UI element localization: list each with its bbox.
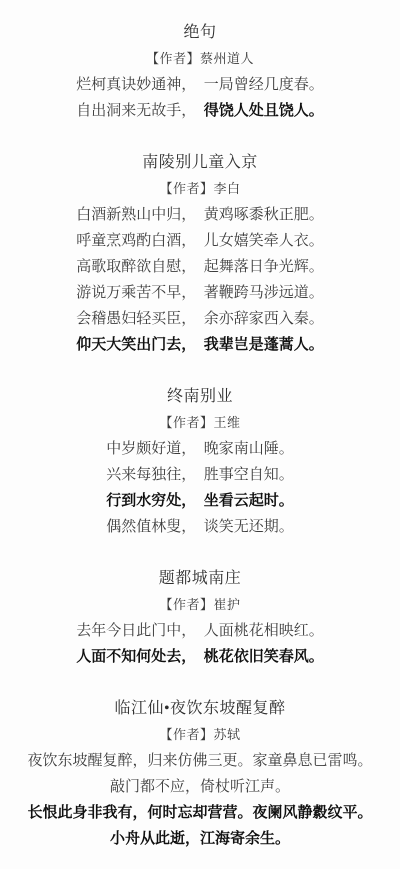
- poem-line: 高歌取醉欲自慰， 起舞落日争光辉。: [10, 254, 390, 280]
- poem-line-emphasis: 行到水穷处， 坐看云起时。: [106, 493, 294, 509]
- poem-line-emphasis: 得饶人处且饶人。: [204, 103, 324, 119]
- poem-line-text: 中岁颇好道， 晚家南山陲。: [106, 441, 294, 457]
- poem-line-emphasis: 小舟从此逝，江海寄余生。: [110, 831, 290, 847]
- poem-line: 敲门都不应，倚杖听江声。: [10, 774, 390, 800]
- poem-lines: 白酒新熟山中归， 黄鸡啄黍秋正肥。呼童烹鸡酌白酒， 儿女嬉笑牵人衣。高歌取醉欲自…: [10, 202, 390, 358]
- poem-block: 终南别业 【作者】王维 中岁颇好道， 晚家南山陲。兴来每独往， 胜事空自知。行到…: [10, 384, 390, 540]
- poem-line: 仰天大笑出门去， 我辈岂是蓬蒿人。: [10, 332, 390, 358]
- poem-lines: 烂柯真诀妙通神， 一局曾经几度春。自出洞来无故手， 得饶人处且饶人。: [10, 72, 390, 124]
- poem-author: 【作者】李白: [10, 176, 390, 202]
- poem-line-text: 游说万乘苦不早， 著鞭跨马涉远道。: [76, 285, 324, 301]
- poem-line: 中岁颇好道， 晚家南山陲。: [10, 436, 390, 462]
- poem-line-text: 呼童烹鸡酌白酒， 儿女嬉笑牵人衣。: [76, 233, 324, 249]
- poem-author: 【作者】崔护: [10, 592, 390, 618]
- poem-line: 会稽愚妇轻买臣， 余亦辞家西入秦。: [10, 306, 390, 332]
- poem-line-text: 敲门都不应，倚杖听江声。: [110, 779, 290, 795]
- poem-line: 烂柯真诀妙通神， 一局曾经几度春。: [10, 72, 390, 98]
- poem-line: 夜饮东坡醒复醉，归来仿佛三更。家童鼻息已雷鸣。: [10, 748, 390, 774]
- poem-line: 去年今日此门中， 人面桃花相映红。: [10, 618, 390, 644]
- poem-line: 白酒新熟山中归， 黄鸡啄黍秋正肥。: [10, 202, 390, 228]
- poem-line-text: 偶然值林叟， 谈笑无还期。: [106, 519, 294, 535]
- poem-line-text: 夜饮东坡醒复醉，归来仿佛三更。家童鼻息已雷鸣。: [27, 753, 372, 769]
- poem-line: 长恨此身非我有，何时忘却营营。夜阑风静縠纹平。: [10, 800, 390, 826]
- poem-page: 绝句 【作者】蔡州道人 烂柯真诀妙通神， 一局曾经几度春。自出洞来无故手， 得饶…: [0, 0, 400, 869]
- poem-line: 自出洞来无故手， 得饶人处且饶人。: [10, 98, 390, 124]
- poem-line: 游说万乘苦不早， 著鞭跨马涉远道。: [10, 280, 390, 306]
- poem-title: 题都城南庄: [10, 566, 390, 592]
- poem-line-text: 白酒新熟山中归， 黄鸡啄黍秋正肥。: [76, 207, 324, 223]
- poem-title: 绝句: [10, 20, 390, 46]
- poem-lines: 中岁颇好道， 晚家南山陲。兴来每独往， 胜事空自知。行到水穷处， 坐看云起时。偶…: [10, 436, 390, 540]
- poem-title: 临江仙•夜饮东坡醒复醉: [10, 696, 390, 722]
- poem-title: 南陵别儿童入京: [10, 150, 390, 176]
- poem-line: 行到水穷处， 坐看云起时。: [10, 488, 390, 514]
- poem-block: 临江仙•夜饮东坡醒复醉 【作者】苏轼 夜饮东坡醒复醉，归来仿佛三更。家童鼻息已雷…: [10, 696, 390, 852]
- poem-line: 人面不知何处去， 桃花依旧笑春风。: [10, 644, 390, 670]
- poem-line-emphasis: 人面不知何处去， 桃花依旧笑春风。: [76, 649, 324, 665]
- poem-author: 【作者】蔡州道人: [10, 46, 390, 72]
- poem-block: 南陵别儿童入京 【作者】李白 白酒新熟山中归， 黄鸡啄黍秋正肥。呼童烹鸡酌白酒，…: [10, 150, 390, 358]
- poem-block: 绝句 【作者】蔡州道人 烂柯真诀妙通神， 一局曾经几度春。自出洞来无故手， 得饶…: [10, 20, 390, 124]
- poem-line-text: 会稽愚妇轻买臣， 余亦辞家西入秦。: [76, 311, 324, 327]
- poem-line: 兴来每独往， 胜事空自知。: [10, 462, 390, 488]
- poem-line: 小舟从此逝，江海寄余生。: [10, 826, 390, 852]
- poem-line-emphasis: 仰天大笑出门去， 我辈岂是蓬蒿人。: [76, 337, 324, 353]
- poem-author: 【作者】苏轼: [10, 722, 390, 748]
- poem-block: 题都城南庄 【作者】崔护 去年今日此门中， 人面桃花相映红。人面不知何处去， 桃…: [10, 566, 390, 670]
- poem-author: 【作者】王维: [10, 410, 390, 436]
- poem-line: 偶然值林叟， 谈笑无还期。: [10, 514, 390, 540]
- poem-line-text: 高歌取醉欲自慰， 起舞落日争光辉。: [76, 259, 324, 275]
- poem-lines: 夜饮东坡醒复醉，归来仿佛三更。家童鼻息已雷鸣。敲门都不应，倚杖听江声。长恨此身非…: [10, 748, 390, 852]
- poem-line-text: 去年今日此门中， 人面桃花相映红。: [76, 623, 324, 639]
- poem-lines: 去年今日此门中， 人面桃花相映红。人面不知何处去， 桃花依旧笑春风。: [10, 618, 390, 670]
- poem-line: 呼童烹鸡酌白酒， 儿女嬉笑牵人衣。: [10, 228, 390, 254]
- poem-line-text: 烂柯真诀妙通神， 一局曾经几度春。: [76, 77, 324, 93]
- poem-line-text: 自出洞来无故手，: [76, 103, 204, 119]
- poem-line-text: 兴来每独往， 胜事空自知。: [106, 467, 294, 483]
- poem-title: 终南别业: [10, 384, 390, 410]
- poem-line-emphasis: 长恨此身非我有，何时忘却营营。夜阑风静縠纹平。: [27, 805, 372, 821]
